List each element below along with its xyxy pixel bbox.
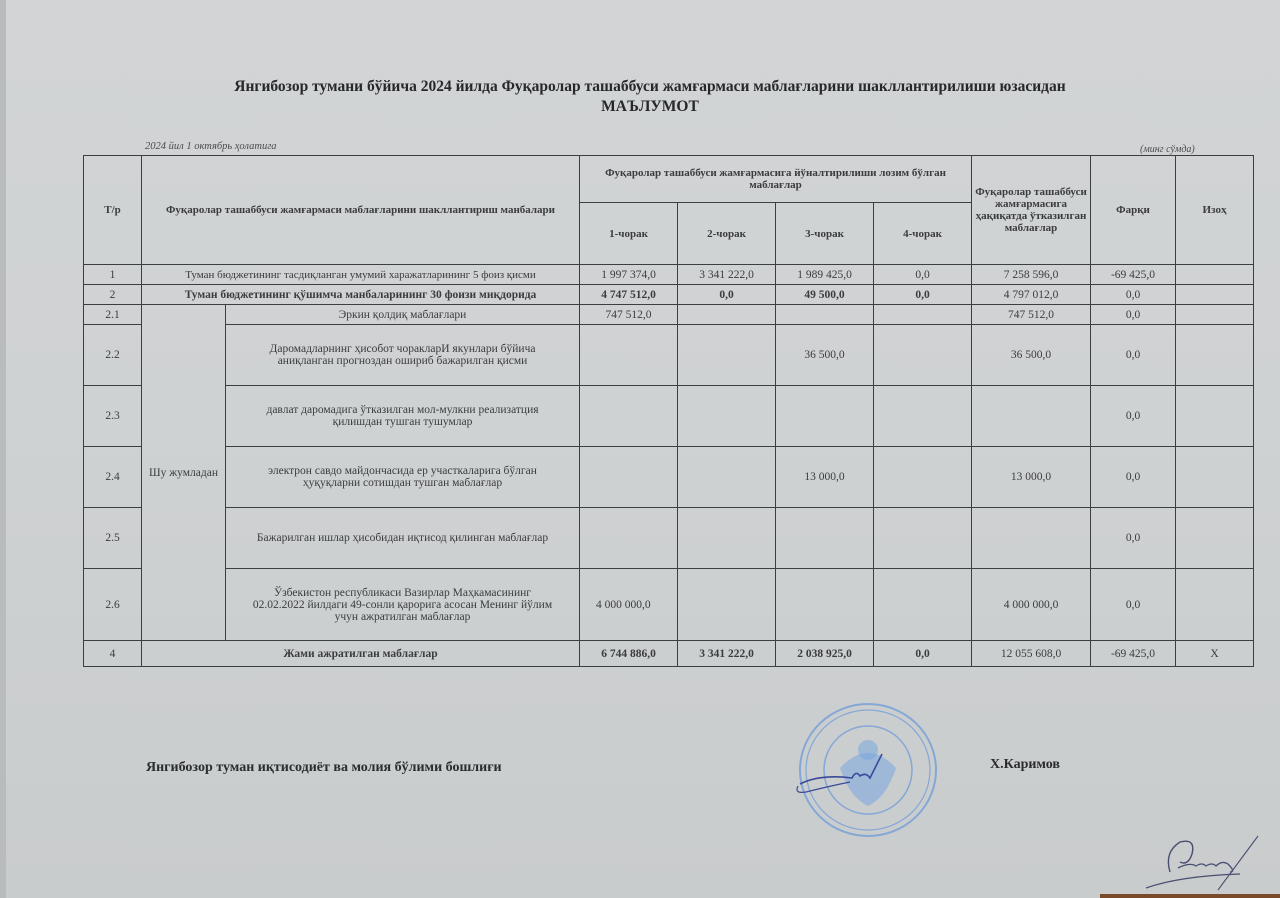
row-q4: [874, 305, 972, 325]
report-table: Т/р Фуқаролар ташаббуси жамғармаси мабла…: [83, 155, 1254, 667]
paper-edge: [0, 0, 6, 898]
row-tp: 2.2: [84, 325, 142, 386]
row-source: Даромадларнинг ҳисобот чоракларИ якунлар…: [226, 325, 580, 386]
row-difference: 0,0: [1091, 508, 1176, 569]
header-q1: 1-чорак: [580, 203, 678, 265]
row-actual: 36 500,0: [972, 325, 1091, 386]
subgroup-label: Шу жумладан: [142, 305, 226, 641]
table-row: 2.2 Даромадларнинг ҳисобот чоракларИ яку…: [84, 325, 1254, 386]
row-q1: 6 744 886,0: [580, 641, 678, 667]
row-q1: [580, 386, 678, 447]
row-q2: [678, 447, 776, 508]
row-difference: 0,0: [1091, 386, 1176, 447]
row-q3: 2 038 925,0: [776, 641, 874, 667]
row-source: Туман бюджетининг қўшимча манбаларининг …: [142, 285, 580, 305]
row-q3: 1 989 425,0: [776, 265, 874, 285]
row-q1: [580, 325, 678, 386]
row-q1: [580, 508, 678, 569]
row-source: Ўзбекистон республикаси Вазирлар Маҳкама…: [226, 569, 580, 641]
row-q2: 3 341 222,0: [678, 641, 776, 667]
row-tp: 4: [84, 641, 142, 667]
row-q4: [874, 386, 972, 447]
row-note: [1176, 325, 1254, 386]
row-note: [1176, 305, 1254, 325]
header-note: Изоҳ: [1176, 156, 1254, 265]
row-q2: [678, 305, 776, 325]
document-title: Янгибозор тумани бўйича 2024 йилда Фуқар…: [130, 76, 1170, 98]
row-q4: 0,0: [874, 285, 972, 305]
table-row: 2.5 Бажарилган ишлар ҳисобидан иқтисод қ…: [84, 508, 1254, 569]
row-source: Эркин қолдиқ маблағлари: [226, 305, 580, 325]
table-row: 2.6 Ўзбекистон республикаси Вазирлар Маҳ…: [84, 569, 1254, 641]
table-row: 2 Туман бюджетининг қўшимча манбаларинин…: [84, 285, 1254, 305]
row-q3: 49 500,0: [776, 285, 874, 305]
row-q3: 36 500,0: [776, 325, 874, 386]
header-sources: Фуқаролар ташаббуси жамғармаси маблағлар…: [142, 156, 580, 265]
row-tp: 2.5: [84, 508, 142, 569]
row-note: [1176, 265, 1254, 285]
row-tp: 2.3: [84, 386, 142, 447]
row-q1: [580, 447, 678, 508]
row-q2: 3 341 222,0: [678, 265, 776, 285]
row-source: Жами ажратилган маблағлар: [142, 641, 580, 667]
row-actual: 7 258 596,0: [972, 265, 1091, 285]
row-q2: 0,0: [678, 285, 776, 305]
row-q1: 4 747 512,0: [580, 285, 678, 305]
row-difference: 0,0: [1091, 305, 1176, 325]
units-label: (минг сўмда): [1140, 144, 1195, 155]
row-q4: 0,0: [874, 641, 972, 667]
official-stamp-icon: [790, 698, 942, 846]
row-q1: 747 512,0: [580, 305, 678, 325]
row-difference: 0,0: [1091, 447, 1176, 508]
row-q3: [776, 386, 874, 447]
background-surface: [1100, 894, 1280, 898]
header-q3: 3-чорак: [776, 203, 874, 265]
row-q3: [776, 508, 874, 569]
row-difference: 0,0: [1091, 569, 1176, 641]
row-note: [1176, 386, 1254, 447]
row-source: давлат даромадига ўтказилган мол-мулкни …: [226, 386, 580, 447]
row-q2: [678, 569, 776, 641]
row-q4: [874, 447, 972, 508]
header-difference: Фарқи: [1091, 156, 1176, 265]
table-row: 1 Туман бюджетининг тасдиқланган умумий …: [84, 265, 1254, 285]
signature-icon: [1140, 832, 1270, 892]
row-q2: [678, 325, 776, 386]
row-actual: [972, 386, 1091, 447]
row-q1: 4 000 000,0: [580, 569, 678, 641]
row-actual: 4 000 000,0: [972, 569, 1091, 641]
row-source: Туман бюджетининг тасдиқланган умумий ха…: [142, 265, 580, 285]
table-row: 2.3 давлат даромадига ўтказилган мол-мул…: [84, 386, 1254, 447]
document-subtitle: МАЪЛУМОТ: [130, 98, 1170, 116]
row-q1: 1 997 374,0: [580, 265, 678, 285]
table-row-total: 4 Жами ажратилган маблағлар 6 744 886,0 …: [84, 641, 1254, 667]
row-note: [1176, 285, 1254, 305]
header-required-group: Фуқаролар ташаббуси жамғармасига йўналти…: [580, 156, 972, 203]
signatory-position: Янгибозор туман иқтисодиёт ва молия бўли…: [146, 760, 502, 776]
row-q2: [678, 508, 776, 569]
row-q2: [678, 386, 776, 447]
row-actual: [972, 508, 1091, 569]
row-source: электрон савдо майдончасида ер участкала…: [226, 447, 580, 508]
header-actual: Фуқаролар ташаббуси жамғармасига ҳақиқат…: [972, 156, 1091, 265]
row-difference: 0,0: [1091, 325, 1176, 386]
table-row: 2.1 Шу жумладан Эркин қолдиқ маблағлари …: [84, 305, 1254, 325]
row-q4: [874, 325, 972, 386]
row-note: [1176, 508, 1254, 569]
row-note: [1176, 447, 1254, 508]
row-actual: 12 055 608,0: [972, 641, 1091, 667]
row-tp: 2: [84, 285, 142, 305]
row-q4: [874, 569, 972, 641]
header-tp: Т/р: [84, 156, 142, 265]
as-of-date: 2024 йил 1 октябрь ҳолатига: [145, 141, 277, 152]
row-difference: -69 425,0: [1091, 265, 1176, 285]
row-actual: 747 512,0: [972, 305, 1091, 325]
row-difference: -69 425,0: [1091, 641, 1176, 667]
row-tp: 2.6: [84, 569, 142, 641]
row-q3: [776, 569, 874, 641]
row-actual: 13 000,0: [972, 447, 1091, 508]
row-note: [1176, 569, 1254, 641]
row-tp: 2.4: [84, 447, 142, 508]
row-source: Бажарилган ишлар ҳисобидан иқтисод қилин…: [226, 508, 580, 569]
row-q3: 13 000,0: [776, 447, 874, 508]
row-actual: 4 797 012,0: [972, 285, 1091, 305]
signatory-name: Х.Каримов: [990, 757, 1060, 773]
row-tp: 2.1: [84, 305, 142, 325]
row-q4: 0,0: [874, 265, 972, 285]
header-q2: 2-чорак: [678, 203, 776, 265]
row-q4: [874, 508, 972, 569]
row-note: Х: [1176, 641, 1254, 667]
table-row: 2.4 электрон савдо майдончасида ер участ…: [84, 447, 1254, 508]
row-tp: 1: [84, 265, 142, 285]
row-difference: 0,0: [1091, 285, 1176, 305]
header-q4: 4-чорак: [874, 203, 972, 265]
row-q3: [776, 305, 874, 325]
